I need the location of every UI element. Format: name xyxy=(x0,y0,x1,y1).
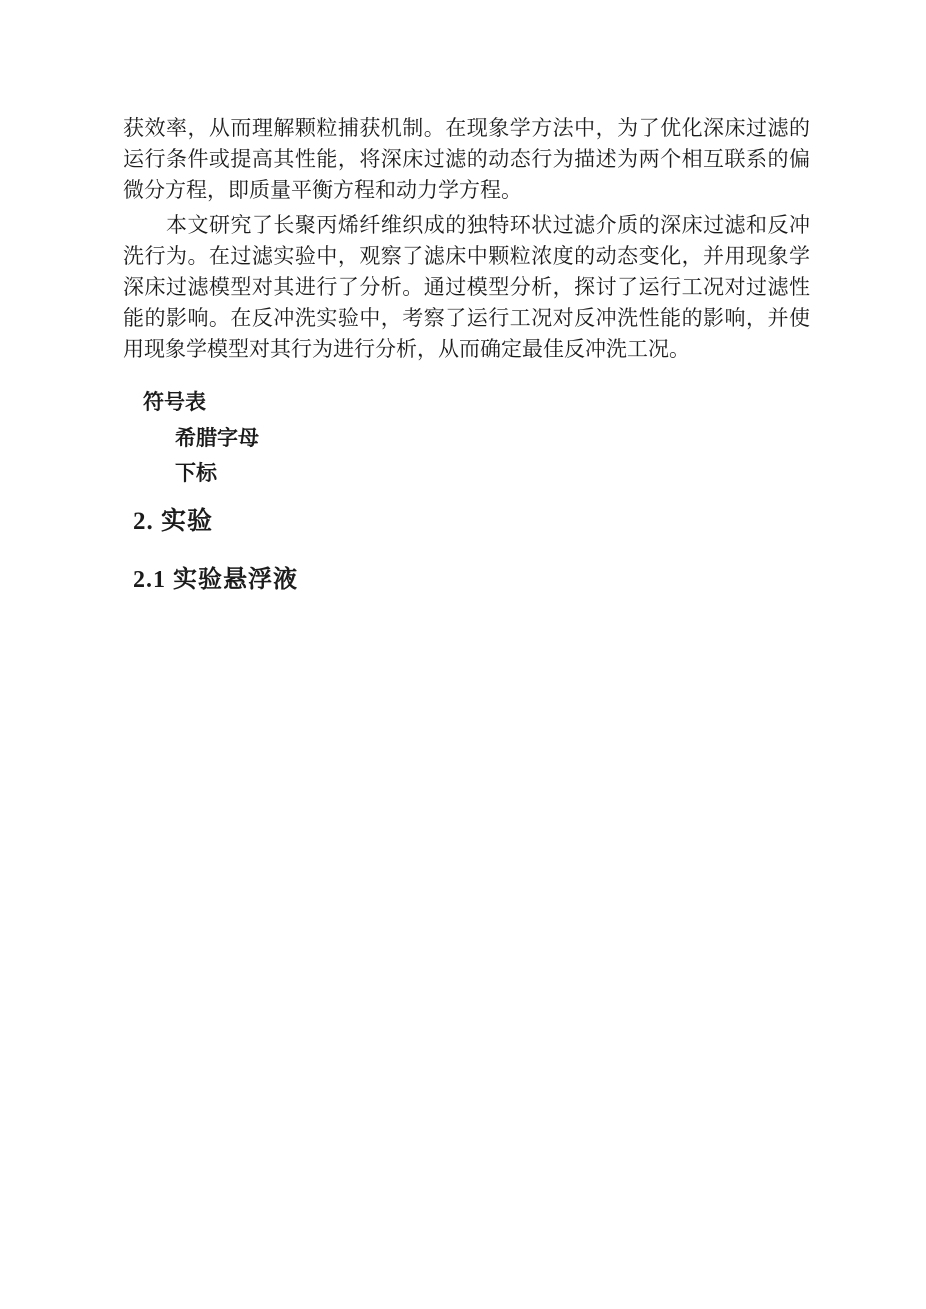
subsection-heading-suspension: 2.1 实验悬浮液 xyxy=(133,562,810,598)
paragraph-continuation: 获效率，从而理解颗粒捕获机制。在现象学方法中，为了优化深床过滤的运行条件或提高其… xyxy=(123,113,810,206)
page-content: 获效率，从而理解颗粒捕获机制。在现象学方法中，为了优化深床过滤的运行条件或提高其… xyxy=(0,0,926,598)
paragraph-abstract: 本文研究了长聚丙烯纤维织成的独特环状过滤介质的深床过滤和反冲洗行为。在过滤实验中… xyxy=(123,210,810,365)
nomenclature-heading: 符号表 xyxy=(143,387,810,418)
document-page: 获效率，从而理解颗粒捕获机制。在现象学方法中，为了优化深床过滤的运行条件或提高其… xyxy=(0,0,926,1309)
section-heading-experiment: 2. 实验 xyxy=(133,504,810,540)
greek-letters-heading: 希腊字母 xyxy=(175,423,810,454)
subscripts-heading: 下标 xyxy=(175,458,810,489)
